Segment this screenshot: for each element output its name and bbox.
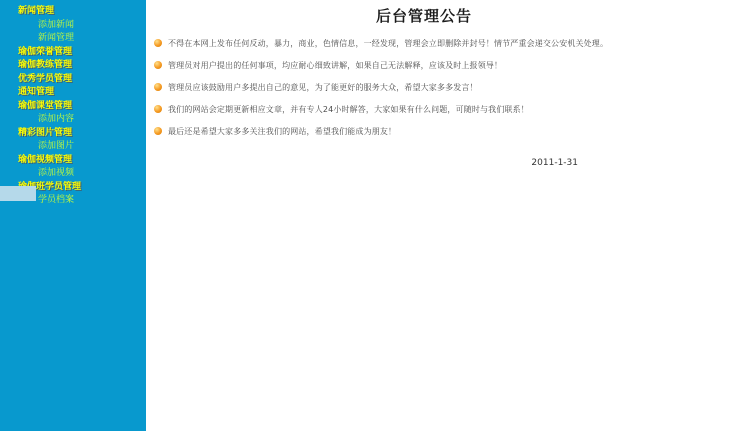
notice-text: 管理员对用户提出的任何事项，均应耐心细致讲解，如果自己无法解释，应该及时上报领导… [168,61,502,70]
sidebar-item-top-student-management[interactable]: 优秀学员管理 [0,73,146,87]
sidebar-item-add-news[interactable]: 添加新闻 [0,19,146,33]
partial-selection-box [0,186,36,201]
notice-item: 我们的网站会定期更新相应文章，并有专人24小时解答，大家如果有什么问题，可随时与… [154,104,614,126]
sidebar-item-yoga-coach-management[interactable]: 瑜伽教练管理 [0,59,146,73]
sidebar-item-news-admin[interactable]: 新闻管理 [0,32,146,46]
notice-item: 管理员应该鼓励用户多提出自己的意见，为了能更好的服务大众，希望大家多多发言！ [154,82,614,104]
notice-text: 管理员应该鼓励用户多提出自己的意见，为了能更好的服务大众，希望大家多多发言！ [168,83,478,92]
announcement-date: 2011-1-31 [154,158,578,168]
notice-item: 最后还是希望大家多多关注我们的网站，希望我们能成为朋友！ [154,126,614,148]
main-content: 后台管理公告 不得在本网上发布任何反动，暴力，商业，色情信息，一经发现，管理会立… [146,0,750,431]
notice-text: 我们的网站会定期更新相应文章，并有专人24小时解答，大家如果有什么问题，可随时与… [168,105,529,114]
orange-ball-icon [154,83,162,91]
notice-text: 最后还是希望大家多多关注我们的网站，希望我们能成为朋友！ [168,127,396,136]
orange-ball-icon [154,127,162,135]
sidebar-item-add-content[interactable]: 添加内容 [0,113,146,127]
notice-text: 不得在本网上发布任何反动，暴力，商业，色情信息，一经发现，管理会立即删除并封号！… [168,39,608,48]
admin-sidebar: 新闻管理 添加新闻 新闻管理 瑜伽荣誉管理 瑜伽教练管理 优秀学员管理 通知管理… [0,0,146,431]
notice-list: 不得在本网上发布任何反动，暴力，商业，色情信息，一经发现，管理会立即删除并封号！… [154,38,614,148]
sidebar-item-yoga-video-management[interactable]: 瑜伽视频管理 [0,154,146,168]
sidebar-menu: 新闻管理 添加新闻 新闻管理 瑜伽荣誉管理 瑜伽教练管理 优秀学员管理 通知管理… [0,5,146,208]
notice-item: 管理员对用户提出的任何事项，均应耐心细致讲解，如果自己无法解释，应该及时上报领导… [154,60,614,82]
sidebar-item-picture-management[interactable]: 精彩图片管理 [0,127,146,141]
orange-ball-icon [154,105,162,113]
sidebar-item-yoga-class-management[interactable]: 瑜伽课堂管理 [0,100,146,114]
orange-ball-icon [154,39,162,47]
page-title: 后台管理公告 [154,5,694,26]
orange-ball-icon [154,61,162,69]
sidebar-item-add-video[interactable]: 添加视频 [0,167,146,181]
notice-item: 不得在本网上发布任何反动，暴力，商业，色情信息，一经发现，管理会立即删除并封号！… [154,38,614,60]
sidebar-item-add-picture[interactable]: 添加图片 [0,140,146,154]
sidebar-item-news-management[interactable]: 新闻管理 [0,5,146,19]
announcement-panel: 后台管理公告 不得在本网上发布任何反动，暴力，商业，色情信息，一经发现，管理会立… [154,5,694,168]
sidebar-item-yoga-honor-management[interactable]: 瑜伽荣誉管理 [0,46,146,60]
sidebar-item-notice-management[interactable]: 通知管理 [0,86,146,100]
